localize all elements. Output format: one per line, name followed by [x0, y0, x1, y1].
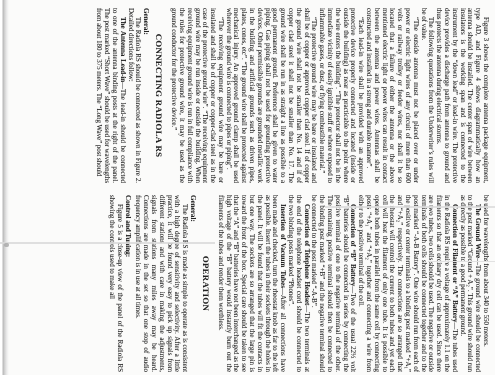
right-text-column: be used for wavelengths from about 340 t…	[4, 195, 489, 372]
scan-artifact-line	[0, 242, 215, 244]
paragraph-lead: The Antenna Lead-in	[119, 17, 127, 82]
paragraph: “Each lead-in wire shall be provided wit…	[317, 8, 364, 183]
paragraph: Connection of “B” Battery—Two of the usu…	[310, 195, 357, 372]
paragraph-lead: Connection of Filament or “A” Battery	[451, 204, 459, 322]
page-sheet: Figure 3 shows the complete antenna pack…	[0, 0, 495, 375]
paragraph: be used for wavelengths from about 340 t…	[481, 195, 489, 372]
paragraph-lead: The Ground Wire	[474, 204, 482, 258]
section-subheading: General:	[142, 8, 150, 183]
document-heading: OPERATION	[201, 195, 211, 372]
left-text-column: Figure 3 shows the complete antenna pack…	[4, 8, 489, 183]
section-subheading: Control and Tuning:	[124, 195, 132, 372]
section-subheading: General:	[189, 195, 197, 372]
paragraph: The Radiola RS should be connected as sh…	[126, 8, 142, 183]
paragraph: The Ground Wire—The ground wire should b…	[458, 195, 481, 372]
paragraph: Connection of Filament or “A” Battery—Th…	[356, 195, 457, 372]
scan-artifact-line	[428, 261, 495, 262]
paragraph: The Radiola RS is made as simple to oper…	[134, 195, 189, 372]
paragraph-lead: Connection of Telephone Headset	[303, 204, 311, 305]
page-edge-shadow	[0, 0, 9, 375]
scan-artifact-speck	[4, 243, 9, 247]
paragraph: The Antenna Lead-in—The lead-in should b…	[95, 8, 126, 183]
scanned-manual-page: Figure 3 shows the complete antenna pack…	[0, 0, 495, 375]
paragraph: Insertion of Vacuum Tubes—After all conn…	[216, 195, 286, 372]
paragraph: The following quotations from the Underw…	[419, 8, 435, 183]
paragraph: Figure 3 shows the complete antenna pack…	[434, 8, 489, 183]
paragraph: “The outside antenna must not be placed …	[364, 8, 419, 183]
paragraph-lead: Connection of “B” Battery	[349, 204, 357, 286]
paragraph-lead: Insertion of Vacuum Tubes	[279, 204, 287, 288]
scan-artifact-line	[325, 206, 495, 208]
document-heading: CONNECTING RADIOLA RS	[154, 8, 164, 183]
paragraph: “The receiving equipment ground wire may…	[169, 8, 224, 183]
paragraph: “The protective ground wire may be bare …	[224, 8, 318, 183]
paragraph: Connection of Telephone Headset—The two …	[286, 195, 309, 372]
paragraph: Figure 5 is a close-up view of the panel…	[107, 195, 123, 372]
